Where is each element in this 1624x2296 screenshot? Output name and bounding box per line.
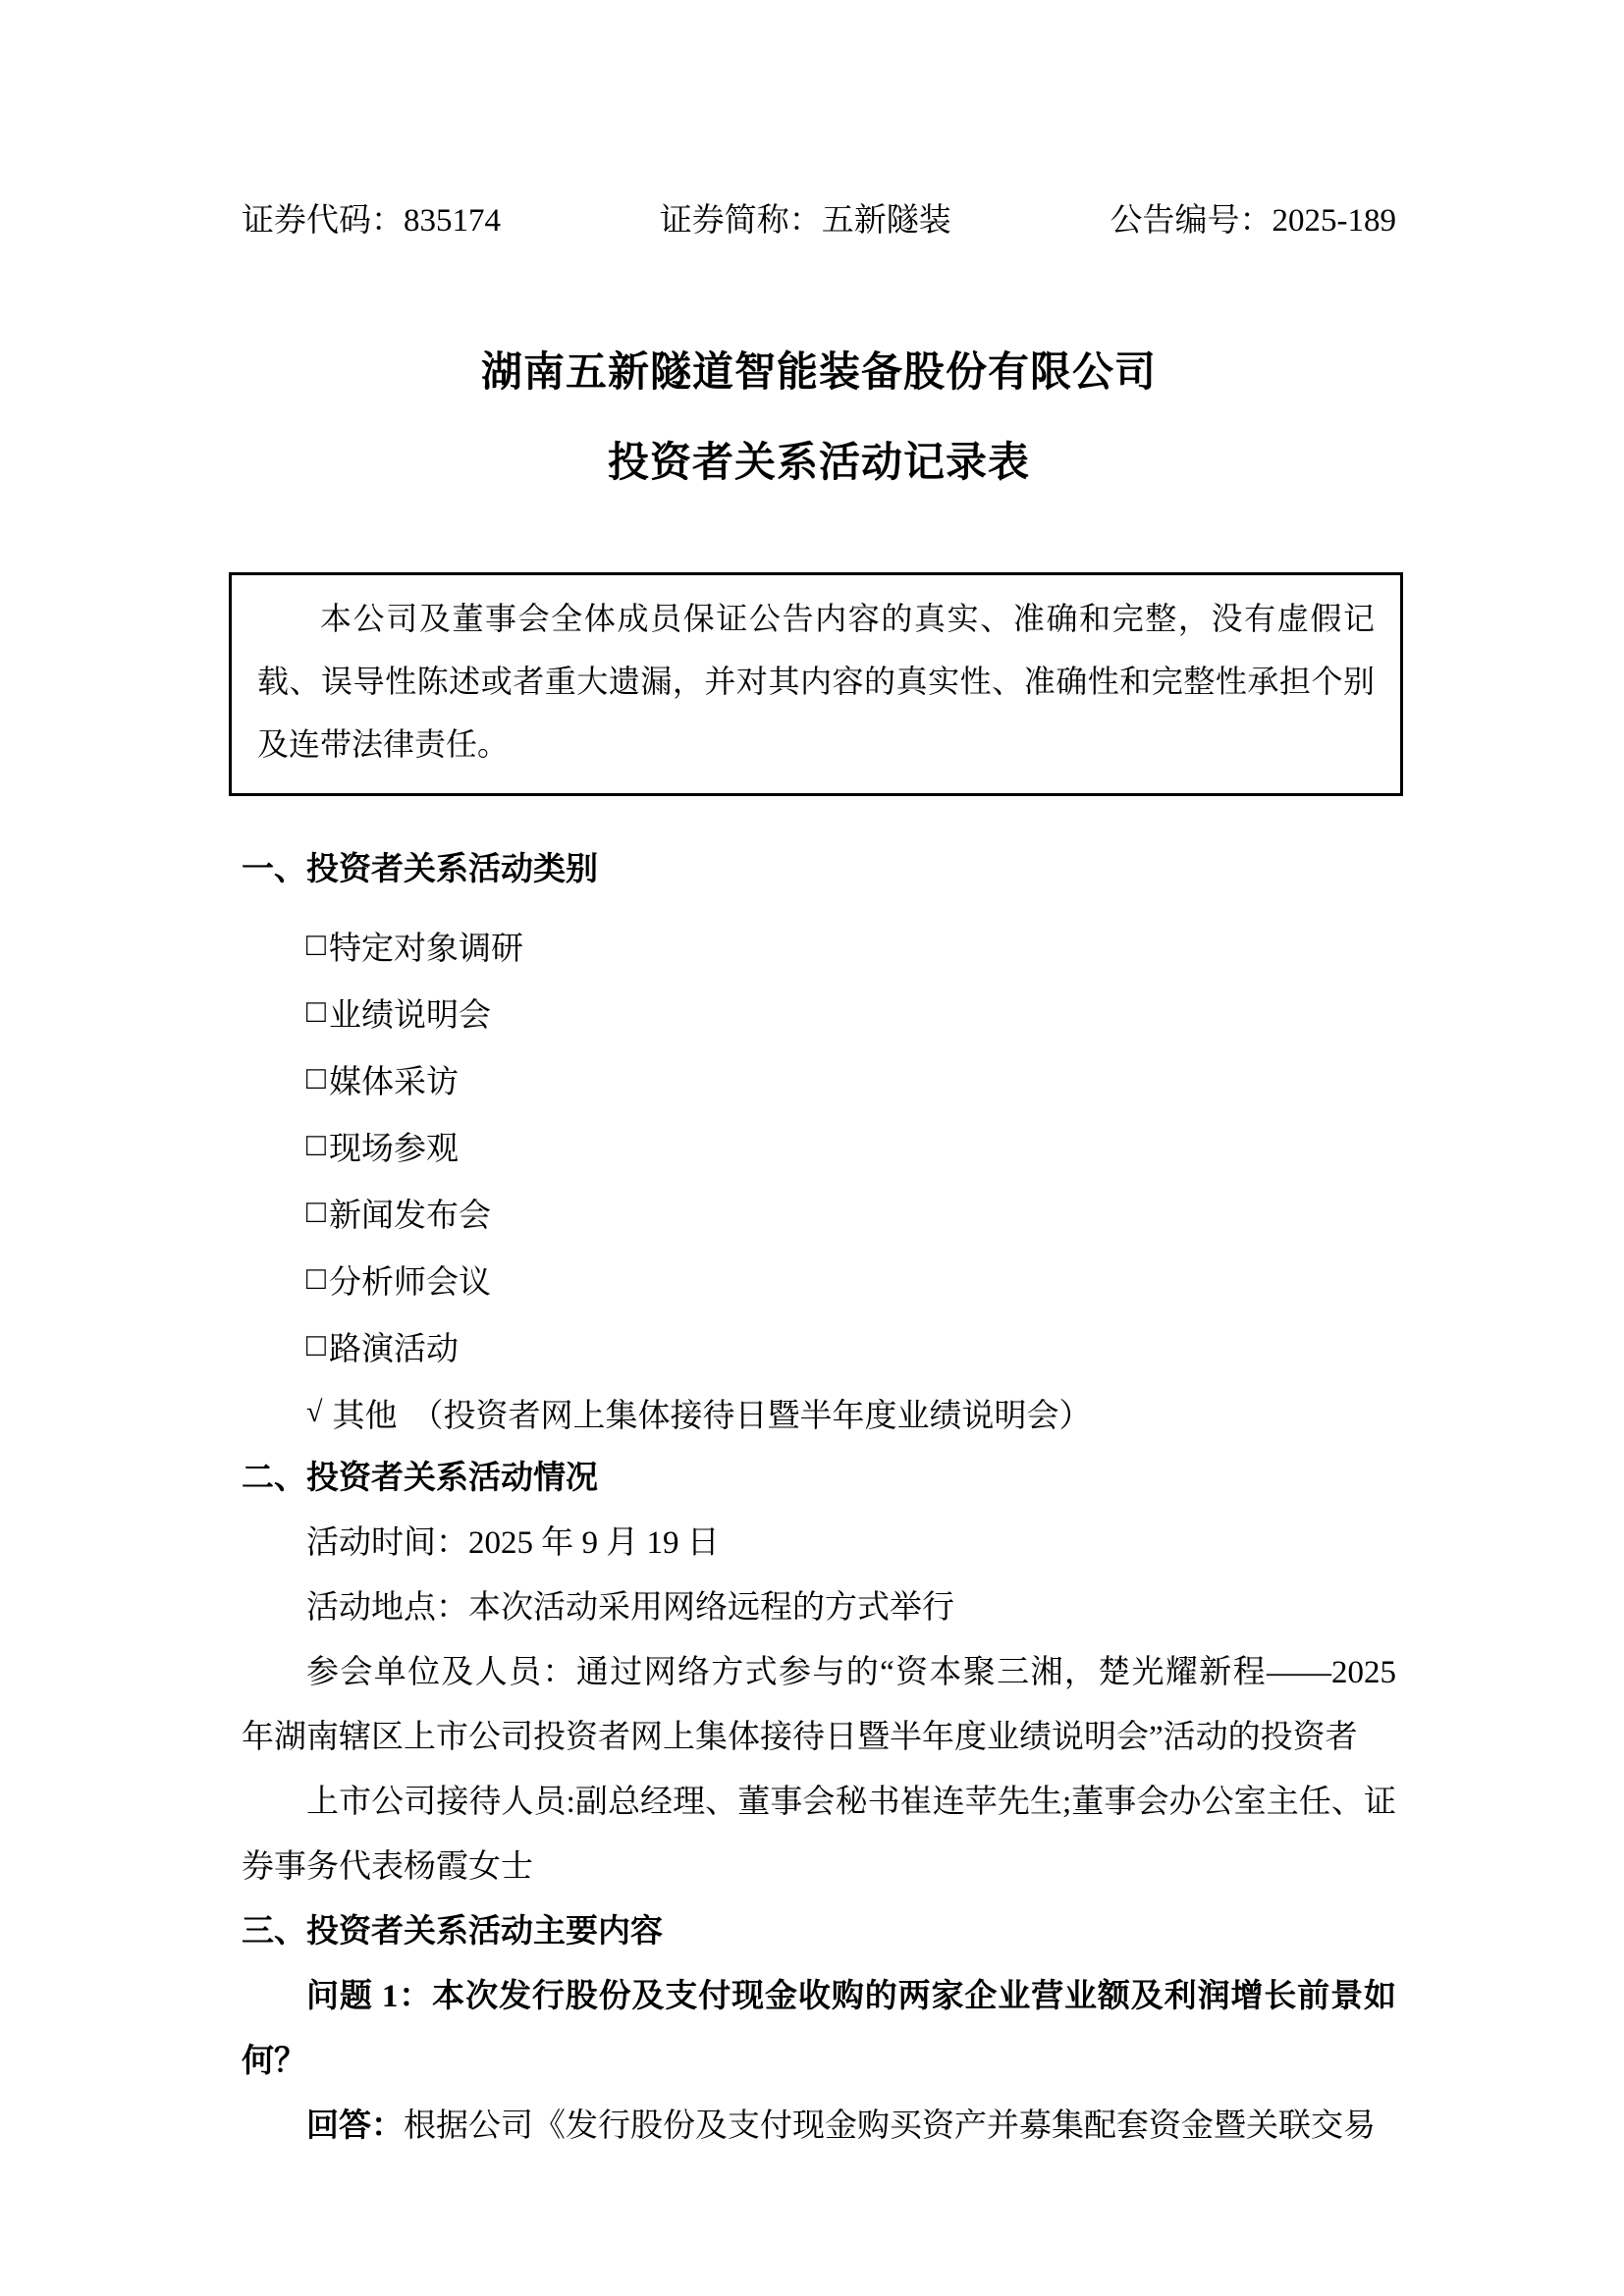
checkbox-unchecked-icon: □ <box>306 994 326 1031</box>
checklist-item: □ 业绩说明会 <box>306 979 1396 1045</box>
activity-reception-staff: 上市公司接待人员:副总经理、董事会秘书崔连苹先生;董事会办公室主任、证券事务代表… <box>242 1770 1396 1899</box>
checklist-item: □ 路演活动 <box>306 1312 1396 1379</box>
checklist-item-label: 其他 <box>332 1390 397 1436</box>
section-heading-activity-info: 二、投资者关系活动情况 <box>242 1446 1396 1511</box>
company-title: 湖南五新隧道智能装备股份有限公司 <box>242 348 1396 398</box>
checklist-item: □ 媒体采访 <box>306 1045 1396 1112</box>
checkbox-unchecked-icon: □ <box>306 1128 326 1164</box>
disclaimer-box: 本公司及董事会全体成员保证公告内容的真实、准确和完整，没有虚假记载、误导性陈述或… <box>229 572 1403 796</box>
activity-location: 活动地点：本次活动采用网络远程的方式举行 <box>242 1575 1396 1640</box>
answer-body: 根据公司《发行股份及支付现金购买资产并募集配套资金暨关联交易 <box>404 2109 1376 2144</box>
answer-prefix: 回答： <box>306 2109 404 2144</box>
checkbox-unchecked-icon: □ <box>306 1195 326 1231</box>
checklist-item-other-checked: √ 其他 （投资者网上集体接待日暨半年度业绩说明会） <box>306 1379 1396 1446</box>
activity-participants: 参会单位及人员：通过网络方式参与的“资本聚三湘，楚光耀新程——2025 年湖南辖… <box>242 1640 1396 1770</box>
section-heading-activity-type: 一、投资者关系活动类别 <box>242 837 1396 902</box>
document-title: 投资者关系活动记录表 <box>242 439 1396 488</box>
checkbox-unchecked-icon: □ <box>306 1061 326 1097</box>
section-heading-main-content: 三、投资者关系活动主要内容 <box>242 1899 1396 1964</box>
checklist-item-label: 分析师会议 <box>329 1256 491 1303</box>
document-header: 证券代码：835174 证券简称：五新隧装 公告编号：2025-189 <box>242 201 1396 240</box>
checklist-item-label: 特定对象调研 <box>329 923 523 969</box>
announcement-number: 公告编号：2025-189 <box>1110 201 1397 240</box>
answer-1: 回答：根据公司《发行股份及支付现金购买资产并募集配套资金暨关联交易 <box>242 2094 1396 2159</box>
checklist-item-label: 媒体采访 <box>329 1056 459 1102</box>
checklist-item-label: 路演活动 <box>329 1323 459 1369</box>
stock-code: 证券代码：835174 <box>242 201 501 240</box>
checkbox-unchecked-icon: □ <box>306 1261 326 1298</box>
checkbox-unchecked-icon: □ <box>306 928 326 964</box>
question-1: 问题 1：本次发行股份及支付现金收购的两家企业营业额及利润增长前景如何？ <box>242 1964 1396 2094</box>
stock-short-name: 证券简称：五新隧装 <box>660 201 951 240</box>
checkbox-unchecked-icon: □ <box>306 1328 326 1364</box>
disclaimer-text: 本公司及董事会全体成员保证公告内容的真实、准确和完整，没有虚假记载、误导性陈述或… <box>257 587 1375 775</box>
checklist-item-label: 业绩说明会 <box>329 989 491 1036</box>
checklist-item: □ 分析师会议 <box>306 1246 1396 1312</box>
checklist-item: □ 现场参观 <box>306 1112 1396 1179</box>
check-mark-icon: √ <box>306 1396 322 1429</box>
activity-type-checklist: □ 特定对象调研 □ 业绩说明会 □ 媒体采访 □ 现场参观 □ 新闻发布会 □… <box>242 912 1396 1446</box>
checklist-item-note: （投资者网上集体接待日暨半年度业绩说明会） <box>410 1390 1091 1436</box>
activity-time: 活动时间：2025 年 9 月 19 日 <box>242 1511 1396 1575</box>
checklist-item-label: 新闻发布会 <box>329 1190 491 1236</box>
document-page: 证券代码：835174 证券简称：五新隧装 公告编号：2025-189 湖南五新… <box>0 0 1624 2296</box>
checklist-item: □ 特定对象调研 <box>306 912 1396 979</box>
checklist-item-label: 现场参观 <box>329 1123 459 1169</box>
checklist-item: □ 新闻发布会 <box>306 1179 1396 1246</box>
